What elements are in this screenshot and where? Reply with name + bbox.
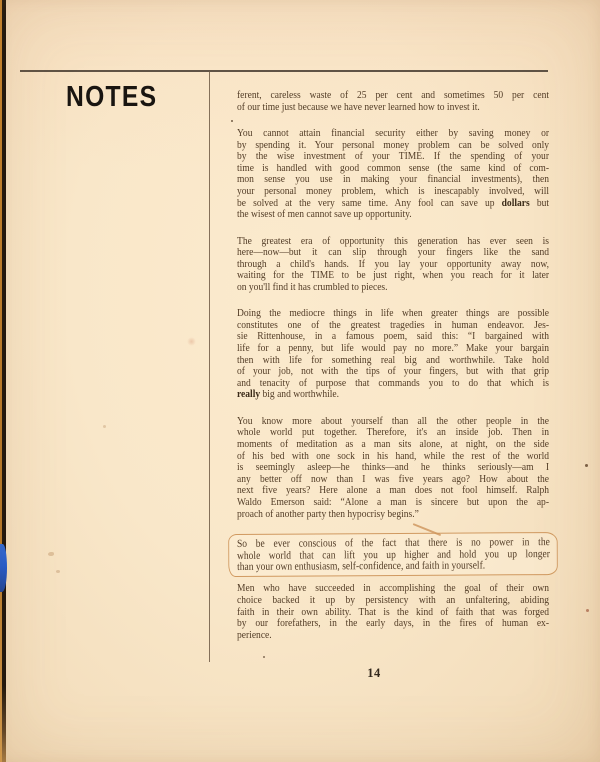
- paragraph: Men who have succeeded in accomplishing …: [237, 583, 549, 641]
- text-line: Waldo Emerson said: “Alone a man is sinc…: [237, 497, 549, 509]
- column-divider-rule: [209, 71, 210, 662]
- page-number: 14: [346, 666, 402, 681]
- highlighted-paragraph: So be ever conscious of the fact that th…: [228, 532, 558, 577]
- text-line: perience.: [237, 630, 549, 642]
- paragraph: You cannot attain financial security eit…: [237, 128, 549, 221]
- text-line: proach of another party then hypocrisy b…: [237, 509, 549, 521]
- paragraph: The greatest era of opportunity this gen…: [237, 236, 549, 294]
- text-line: life for a penny, but life would pay no …: [237, 343, 549, 355]
- paper-speck: [231, 120, 233, 122]
- text-line: on you'll find it has crumbled to pieces…: [237, 282, 549, 294]
- text-line: here—now—but it can slip through your fi…: [237, 247, 549, 259]
- scanned-book-page: { "page": { "notes_label": "NOTES", "pag…: [0, 0, 600, 762]
- paper-stain: [187, 337, 196, 346]
- text-column: ferent, careless waste of 25 per cent an…: [237, 90, 549, 641]
- text-line: choice backed it up by persistency with …: [237, 595, 549, 607]
- text-line: than your own enthusiasm, self-confidenc…: [237, 560, 550, 573]
- text-line: ferent, careless waste of 25 per cent an…: [237, 90, 549, 102]
- text-line: of our time just because we have never l…: [237, 102, 549, 114]
- paragraph: Doing the mediocre things in life when g…: [237, 308, 549, 401]
- text-line: by our forefathers, in the early days, i…: [237, 618, 549, 630]
- header-rule: [20, 70, 548, 72]
- paper-speck: [103, 425, 106, 428]
- binding-highlight-line: [0, 0, 2, 762]
- text-line: really big and worthwhile.: [237, 389, 549, 401]
- paper-speck: [48, 552, 54, 556]
- paragraph: You know more about yourself than all th…: [237, 416, 549, 520]
- notes-heading: NOTES: [66, 81, 157, 114]
- paper-speck: [586, 609, 589, 612]
- text-line: moments of meditation as a man sits alon…: [237, 439, 549, 451]
- text-line: You cannot attain financial security eit…: [237, 128, 549, 140]
- paper-speck: [585, 464, 588, 467]
- paragraph: ferent, careless waste of 25 per cent an…: [237, 90, 549, 113]
- text-line: the wisest of men cannot save up opportu…: [237, 209, 549, 221]
- paper-speck: [56, 570, 60, 573]
- paper-speck: [263, 656, 265, 658]
